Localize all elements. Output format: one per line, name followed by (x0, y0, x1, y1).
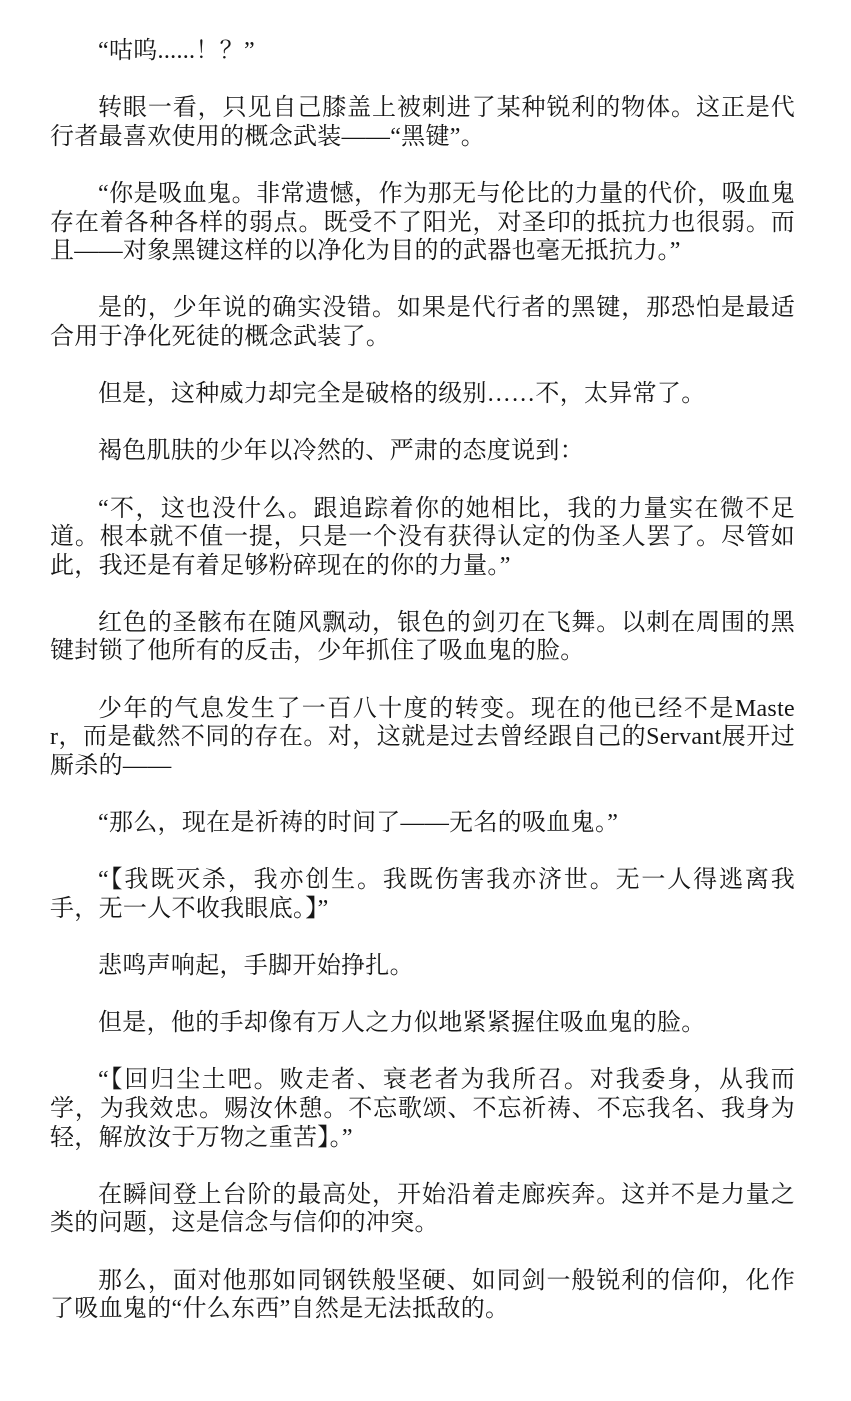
paragraph: 褐色肌肤的少年以冷然的、严肃的态度说到： (50, 437, 795, 466)
paragraph: 在瞬间登上台阶的最高处，开始沿着走廊疾奔。这并不是力量之类的问题，这是信念与信仰… (50, 1181, 795, 1238)
paragraph: 转眼一看，只见自己膝盖上被刺进了某种锐利的物体。这正是代行者最喜欢使用的概念武装… (50, 94, 795, 151)
document-page: “咕呜......！？” 转眼一看，只见自己膝盖上被刺进了某种锐利的物体。这正是… (0, 0, 851, 1401)
paragraph: “不，这也没什么。跟追踪着你的她相比，我的力量实在微不足道。根本就不值一提，只是… (50, 495, 795, 581)
paragraph: “【回归尘土吧。败走者、衰老者为我所召。对我委身，从我而学，为我效忠。赐汝休憩。… (50, 1066, 795, 1152)
paragraph: “那么，现在是祈祷的时间了——无名的吸血鬼。” (50, 809, 795, 838)
paragraph: 但是，他的手却像有万人之力似地紧紧握住吸血鬼的脸。 (50, 1009, 795, 1038)
paragraph: “咕呜......！？” (50, 37, 795, 66)
paragraph: “你是吸血鬼。非常遗憾，作为那无与伦比的力量的代价，吸血鬼存在着各种各样的弱点。… (50, 180, 795, 266)
paragraph: “【我既灭杀，我亦创生。我既伤害我亦济世。无一人得逃离我手，无一人不收我眼底。】… (50, 866, 795, 923)
paragraph: 但是，这种威力却完全是破格的级别……不，太异常了。 (50, 380, 795, 409)
paragraph: 是的，少年说的确实没错。如果是代行者的黑键，那恐怕是最适合用于净化死徒的概念武装… (50, 294, 795, 351)
paragraph: 悲鸣声响起，手脚开始挣扎。 (50, 952, 795, 981)
paragraph: 那么，面对他那如同钢铁般坚硬、如同剑一般锐利的信仰，化作了吸血鬼的“什么东西”自… (50, 1267, 795, 1324)
paragraph: 红色的圣骸布在随风飘动，银色的剑刃在飞舞。以刺在周围的黑键封锁了他所有的反击，少… (50, 609, 795, 666)
paragraph: 少年的气息发生了一百八十度的转变。现在的他已经不是Master，而是截然不同的存… (50, 695, 795, 781)
